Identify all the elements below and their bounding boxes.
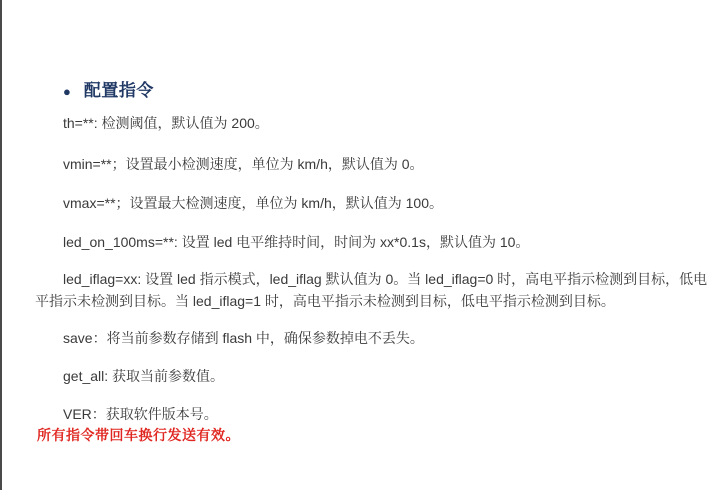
section-heading: ● 配置指令 <box>63 82 154 99</box>
line-save: save：将当前参数存储到 flash 中，确保参数掉电不丢失。 <box>63 331 424 345</box>
line-vmax: vmax=**；设置最大检测速度，单位为 km/h，默认值为 100。 <box>63 196 443 210</box>
line-notice: 所有指令带回车换行发送有效。 <box>37 428 240 442</box>
line-led-iflag-1: led_iflag=xx: 设置 led 指示模式，led_iflag 默认值为… <box>63 272 707 286</box>
line-vmin: vmin=**；设置最小检测速度，单位为 km/h，默认值为 0。 <box>63 157 424 171</box>
section-title: 配置指令 <box>84 82 154 99</box>
bullet-icon: ● <box>63 85 71 98</box>
line-led-iflag-2: 平指示未检测到目标。当 led_iflag=1 时，高电平指示未检测到目标，低电… <box>35 294 615 308</box>
line-led-on-100ms: led_on_100ms=**: 设置 led 电平维持时间，时间为 xx*0.… <box>63 235 529 249</box>
line-get-all: get_all: 获取当前参数值。 <box>63 369 224 383</box>
line-ver: VER：获取软件版本号。 <box>63 407 218 421</box>
document-page: ● 配置指令 th=**: 检测阈值，默认值为 200。 vmin=**；设置最… <box>0 0 720 490</box>
line-th: th=**: 检测阈值，默认值为 200。 <box>63 116 269 130</box>
page-left-border <box>0 0 2 490</box>
